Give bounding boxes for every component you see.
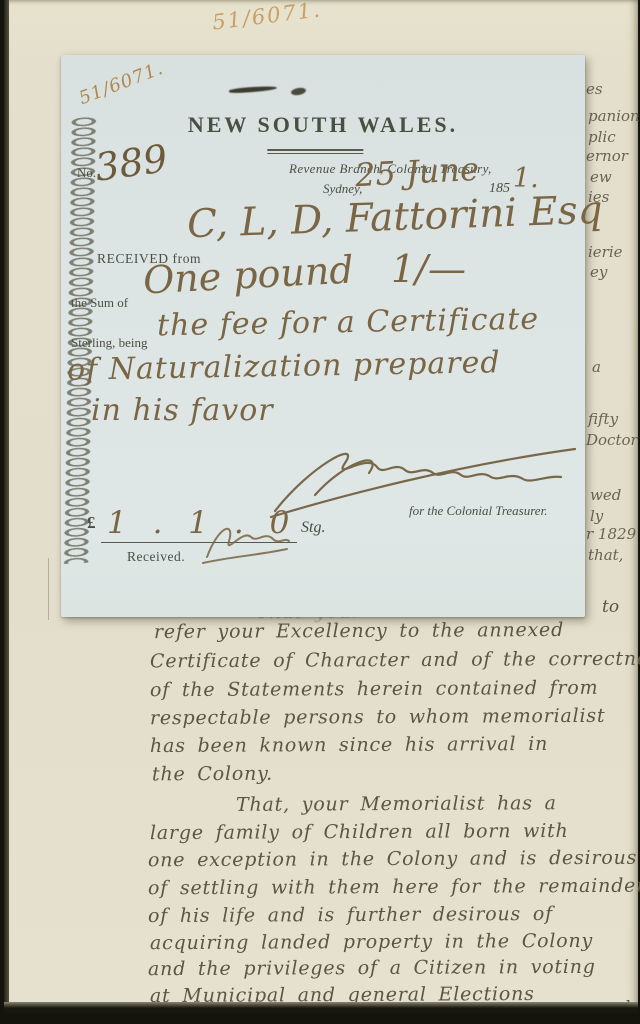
memorial-line: That, your Memorialist has a bbox=[236, 792, 557, 816]
received-initials-scribble bbox=[199, 515, 291, 567]
purpose-line-2: of Naturalization prepared bbox=[67, 345, 501, 388]
receipt-number-value: 389 bbox=[92, 136, 170, 190]
payer-name: C, L, D, Fattorini Esq bbox=[186, 188, 603, 247]
received-label: Received. bbox=[127, 549, 185, 565]
ink-smudge bbox=[229, 85, 277, 93]
margin-fragment: plic bbox=[588, 128, 616, 146]
amount-suffix: Stg. bbox=[301, 519, 325, 537]
margin-fragment: ey bbox=[590, 263, 607, 281]
purpose-line-1: the fee for a Certificate bbox=[157, 302, 540, 344]
sum-shillings: 1/— bbox=[391, 247, 466, 291]
memorial-line: has been known since his arrival in bbox=[150, 733, 548, 757]
treasury-receipt: 51/6071. NEW SOUTH WALES. No. 389 Revenu… bbox=[61, 55, 585, 617]
memorial-line: of settling with them here for the remai… bbox=[148, 875, 640, 900]
date-written: 25 June bbox=[354, 150, 480, 194]
margin-fragment: r 1829 bbox=[586, 525, 636, 543]
memorial-line: respectable persons to whom memorialist bbox=[150, 705, 605, 729]
receipt-title: NEW SOUTH WALES. bbox=[61, 112, 585, 138]
memorial-line: the Colony. bbox=[152, 763, 273, 786]
margin-fragment: ew bbox=[590, 168, 612, 186]
paper-crease bbox=[48, 558, 49, 620]
ink-smudge bbox=[291, 87, 307, 96]
receipt-number-label: No. bbox=[77, 165, 96, 181]
margin-fragment: fifty bbox=[588, 410, 618, 428]
margin-fragment: panion bbox=[588, 107, 640, 125]
margin-fragment: ly bbox=[590, 507, 603, 525]
memorial-line: acquiring landed property in the Colony bbox=[150, 930, 593, 954]
sterling-label: Sterling, being bbox=[71, 335, 148, 351]
purpose-line-3: in his favor bbox=[91, 393, 274, 428]
docket-number-receipt: 51/6071. bbox=[76, 58, 166, 109]
memorial-line: Certificate of Character and of the corr… bbox=[150, 648, 640, 673]
margin-fragment: Doctor bbox=[586, 431, 638, 449]
margin-fragment: es bbox=[586, 80, 603, 98]
memorial-line: and the privileges of a Citizen in votin… bbox=[148, 956, 596, 980]
margin-fragment: that, bbox=[588, 546, 623, 564]
margin-fragment: wed bbox=[590, 486, 621, 504]
margin-fragment: ierie bbox=[588, 243, 623, 261]
margin-fragment: ernor bbox=[586, 147, 628, 165]
document-page: 51/6071. es panion plic ernor ew ies ier… bbox=[4, 0, 638, 1013]
currency-symbol: £ bbox=[87, 513, 96, 533]
memorial-hidden-line-end: to bbox=[602, 597, 619, 617]
memorial-line: one exception in the Colony and is desir… bbox=[148, 847, 637, 872]
memorial-line: of the Statements herein contained from bbox=[150, 677, 599, 701]
title-double-rule bbox=[267, 149, 363, 154]
memorial-line: large family of Children all born with bbox=[150, 820, 569, 844]
memorial-line: refer your Excellency to the annexed bbox=[154, 619, 564, 643]
memorial-line: of his life and is further desirous of bbox=[148, 903, 553, 927]
page-left-edge bbox=[4, 0, 9, 1013]
margin-fragment: a bbox=[592, 358, 601, 376]
sum-label: the Sum of bbox=[71, 295, 128, 311]
docket-number-top: 51/6071. bbox=[211, 0, 323, 35]
signature-title: for the Colonial Treasurer. bbox=[409, 503, 547, 519]
page-bottom-edge bbox=[4, 1002, 638, 1013]
